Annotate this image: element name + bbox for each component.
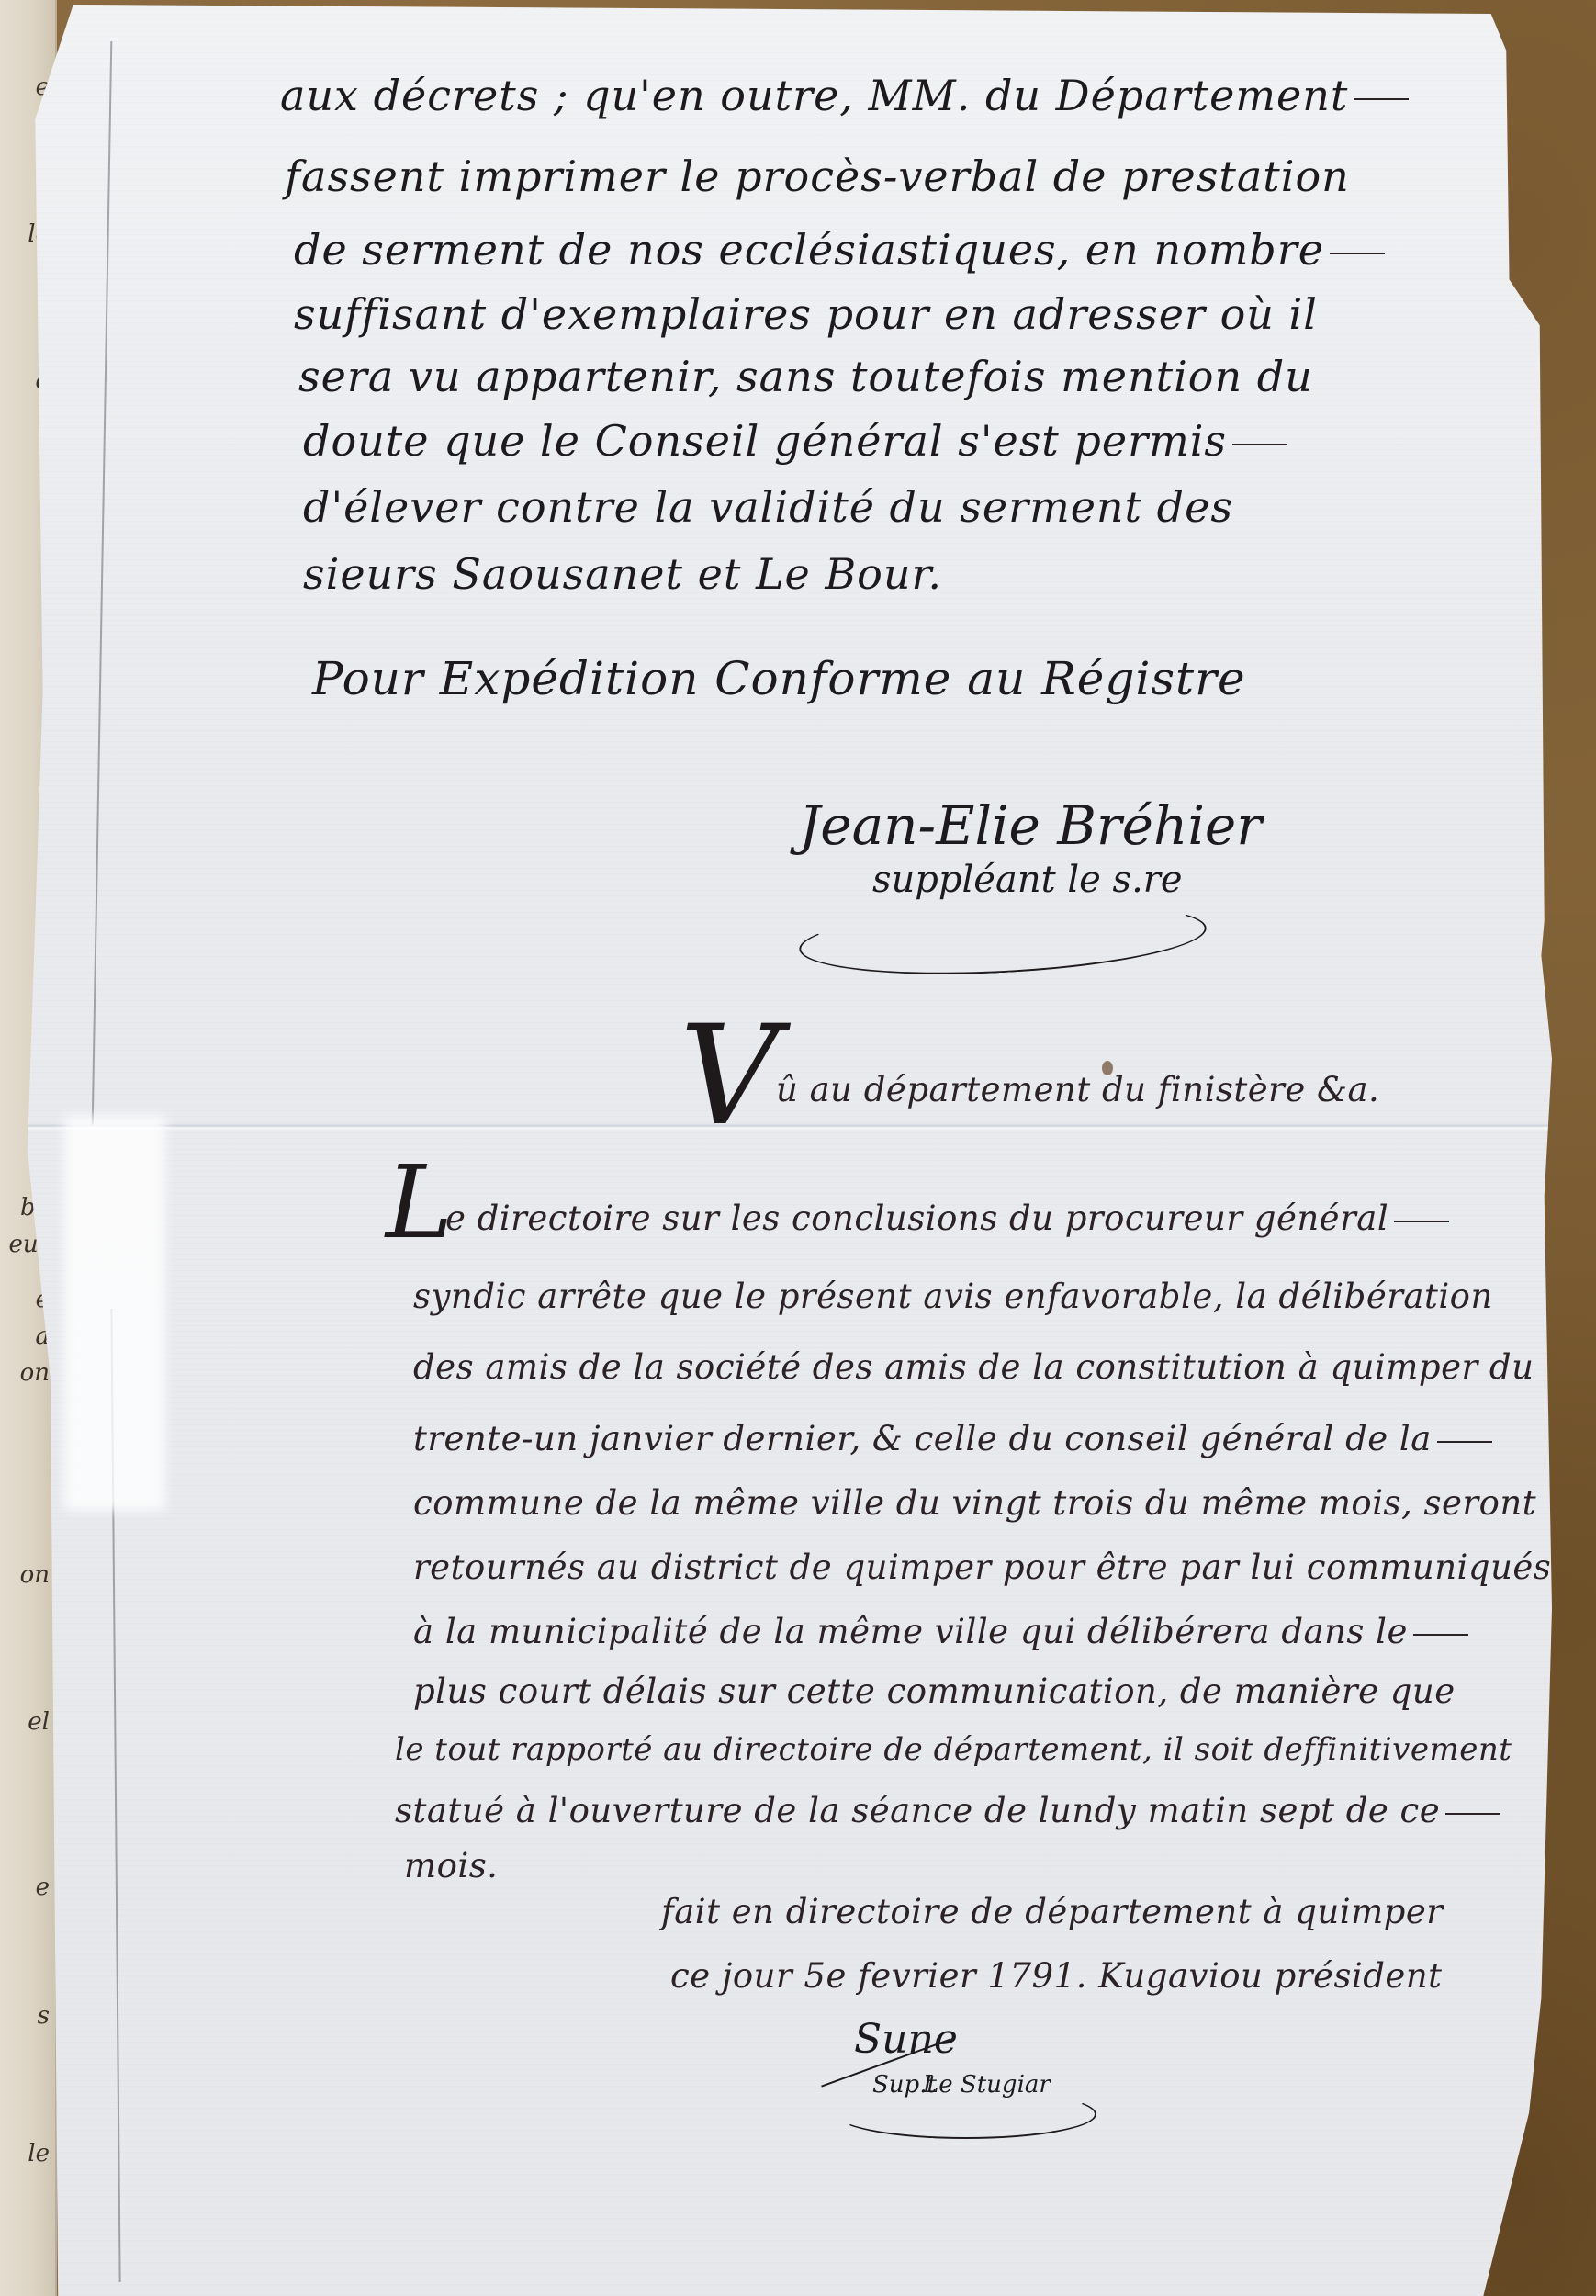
decorative-initial: L [386,1143,453,1261]
light-glare [64,1116,165,1511]
underlying-text-fragment: a [2,1322,50,1350]
text-line: des amis de la société des amis de la co… [413,1347,1534,1387]
decorative-initial: V [680,996,779,1156]
text-line: statué à l'ouverture de la séance de lun… [395,1791,1500,1830]
date-line: ce jour 5e fevrier 1791. Kugaviou présid… [670,1956,1443,1996]
text-line: sera vu appartenir, sans toutefois menti… [298,352,1313,401]
underlying-text-fragment: s [2,2002,50,2030]
closing-formula: Pour Expédition Conforme au Régistre [312,652,1246,705]
text-line: doute que le Conseil général s'est permi… [303,416,1287,466]
done-at-line: fait en directoire de département à quim… [661,1892,1443,1931]
text-line: sieurs Saousanet et Le Bour. [303,549,942,599]
text-line: e directoire sur les conclusions du proc… [445,1199,1449,1238]
text-line: le tout rapporté au directoire de départ… [395,1731,1512,1768]
text-line: commune de la même ville du vingt trois … [413,1483,1536,1523]
underlying-text-fragment: on [2,1561,50,1589]
horizontal-fold [28,1123,1552,1131]
underlying-text-fragment: el [2,1708,50,1736]
text-line: mois. [404,1846,498,1885]
text-line: fassent imprimer le procès-verbal de pre… [285,152,1350,201]
manuscript-sheet: aux décrets ; qu'en outre, MM. du Départ… [28,5,1552,2296]
underlying-text-fragment: on [2,1359,50,1387]
text-line: à la municipalité de la même ville qui d… [413,1612,1468,1651]
paper-crease [92,41,113,1125]
signature-flourish [836,2089,1096,2139]
text-line: plus court délais sur cette communicatio… [413,1671,1456,1711]
underlying-text-fragment: e [2,73,50,101]
signature-title: suppléant le s.re [872,859,1183,901]
text-line: suffisant d'exemplaires pour en adresser… [294,289,1318,339]
signature-name: Jean-Elie Bréhier [799,794,1262,857]
text-line: syndic arrête que le présent avis enfavo… [413,1277,1493,1316]
underlying-text-fragment: le [2,2140,50,2167]
text-line: de serment de nos ecclésiastiques, en no… [294,225,1385,275]
ink-stain [1102,1061,1113,1075]
text-line: aux décrets ; qu'en outre, MM. du Départ… [280,71,1409,120]
note-text: û au département du finistère &a. [776,1070,1379,1109]
text-line: d'élever contre la validité du serment d… [303,482,1233,532]
underlying-text-fragment: e [2,1874,50,1901]
signature-flourish [797,894,1208,983]
text-line: trente-un janvier dernier, & celle du co… [413,1419,1492,1458]
text-line: retournés au district de quimper pour êt… [413,1548,1551,1587]
